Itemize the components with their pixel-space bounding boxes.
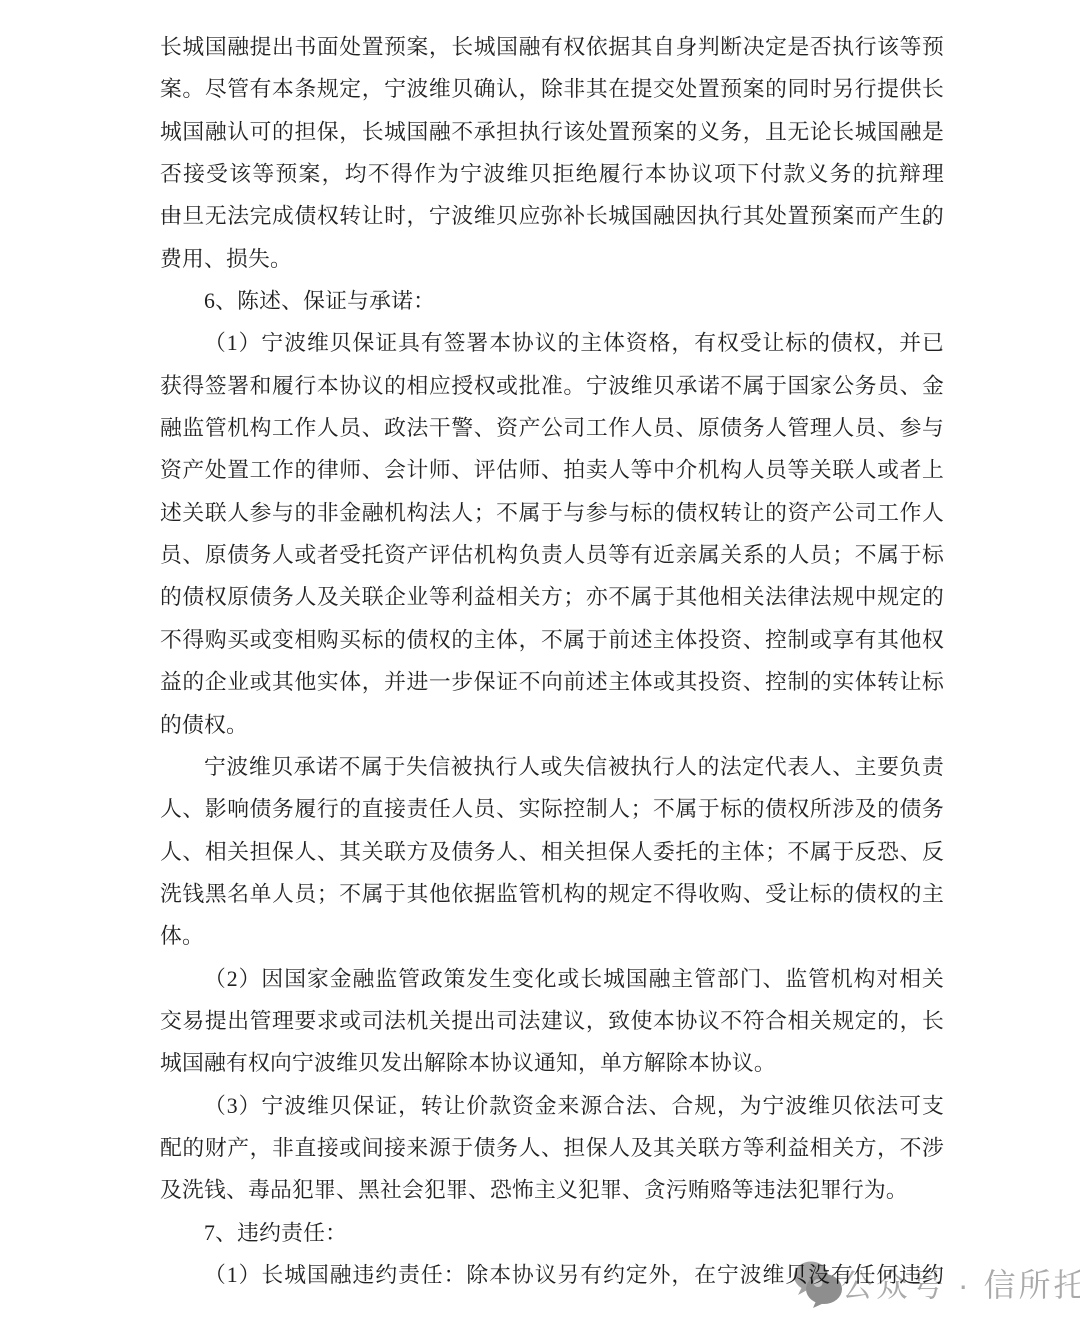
text-line: 人、相关担保人、其关联方及债务人、相关担保人委托的主体；不属于反恐、反	[160, 831, 944, 873]
text-line: 及洗钱、毒品犯罪、黑社会犯罪、恐怖主义犯罪、贪污贿赂等违法犯罪行为。	[160, 1169, 944, 1211]
text-line: 6、陈述、保证与承诺：	[160, 280, 944, 322]
text-line: 述关联人参与的非金融机构法人；不属于与参与标的债权转让的资产公司工作人	[160, 492, 944, 534]
text-line: （2）因国家金融监管政策发生变化或长城国融主管部门、监管机构对相关	[160, 958, 944, 1000]
text-line: 7、违约责任：	[160, 1212, 944, 1254]
text-line: 配的财产，非直接或间接来源于债务人、担保人及其关联方等利益相关方，不涉	[160, 1127, 944, 1169]
text-line: 否接受该等预案，均不得作为宁波维贝拒绝履行本协议项下付款义务的抗辩理由。	[160, 153, 944, 195]
text-line: （1）宁波维贝保证具有签署本协议的主体资格，有权受让标的债权，并已	[160, 322, 944, 364]
text-line: 宁波维贝承诺不属于失信被执行人或失信被执行人的法定代表人、主要负责	[160, 746, 944, 788]
text-line: 案。尽管有本条规定，宁波维贝确认，除非其在提交处置预案的同时另行提供长	[160, 68, 944, 110]
text-line: 资产处置工作的律师、会计师、评估师、拍卖人等中介机构人员等关联人或者上	[160, 449, 944, 491]
text-line: 洗钱黑名单人员；不属于其他依据监管机构的规定不得收购、受让标的债权的主	[160, 873, 944, 915]
text-line: （3）宁波维贝保证，转让价款资金来源合法、合规，为宁波维贝依法可支	[160, 1085, 944, 1127]
document-page: 长城国融提出书面处置预案，长城国融有权依据其自身判断决定是否执行该等预案。尽管有…	[0, 0, 1080, 1327]
text-line: 融监管机构工作人员、政法干警、资产公司工作人员、原债务人管理人员、参与	[160, 407, 944, 449]
text-line: 人、影响债务履行的直接责任人员、实际控制人；不属于标的债权所涉及的债务	[160, 788, 944, 830]
text-line: 费用、损失。	[160, 238, 944, 280]
text-line: 不得购买或变相购买标的债权的主体，不属于前述主体投资、控制或享有其他权	[160, 619, 944, 661]
text-line: 益的企业或其他实体，并进一步保证不向前述主体或其投资、控制的实体转让标	[160, 661, 944, 703]
text-line: 城国融有权向宁波维贝发出解除本协议通知，单方解除本协议。	[160, 1042, 944, 1084]
text-line: 获得签署和履行本协议的相应授权或批准。宁波维贝承诺不属于国家公务员、金	[160, 365, 944, 407]
document-body: 长城国融提出书面处置预案，长城国融有权依据其自身判断决定是否执行该等预案。尽管有…	[160, 26, 944, 1296]
text-line: 员、原债务人或者受托资产评估机构负责人员等有近亲属关系的人员；不属于标	[160, 534, 944, 576]
text-line: 交易提出管理要求或司法机关提出司法建议，致使本协议不符合相关规定的，长	[160, 1000, 944, 1042]
text-line: 一旦无法完成债权转让时，宁波维贝应弥补长城国融因执行其处置预案而产生的	[160, 195, 944, 237]
text-line: 的债权原债务人及关联企业等利益相关方；亦不属于其他相关法律法规中规定的	[160, 576, 944, 618]
text-line: 城国融认可的担保，长城国融不承担执行该处置预案的义务，且无论长城国融是	[160, 111, 944, 153]
text-line: 体。	[160, 915, 944, 957]
text-line: 长城国融提出书面处置预案，长城国融有权依据其自身判断决定是否执行该等预	[160, 26, 944, 68]
text-line: （1）长城国融违约责任：除本协议另有约定外，在宁波维贝没有任何违约	[160, 1254, 944, 1296]
text-line: 的债权。	[160, 704, 944, 746]
